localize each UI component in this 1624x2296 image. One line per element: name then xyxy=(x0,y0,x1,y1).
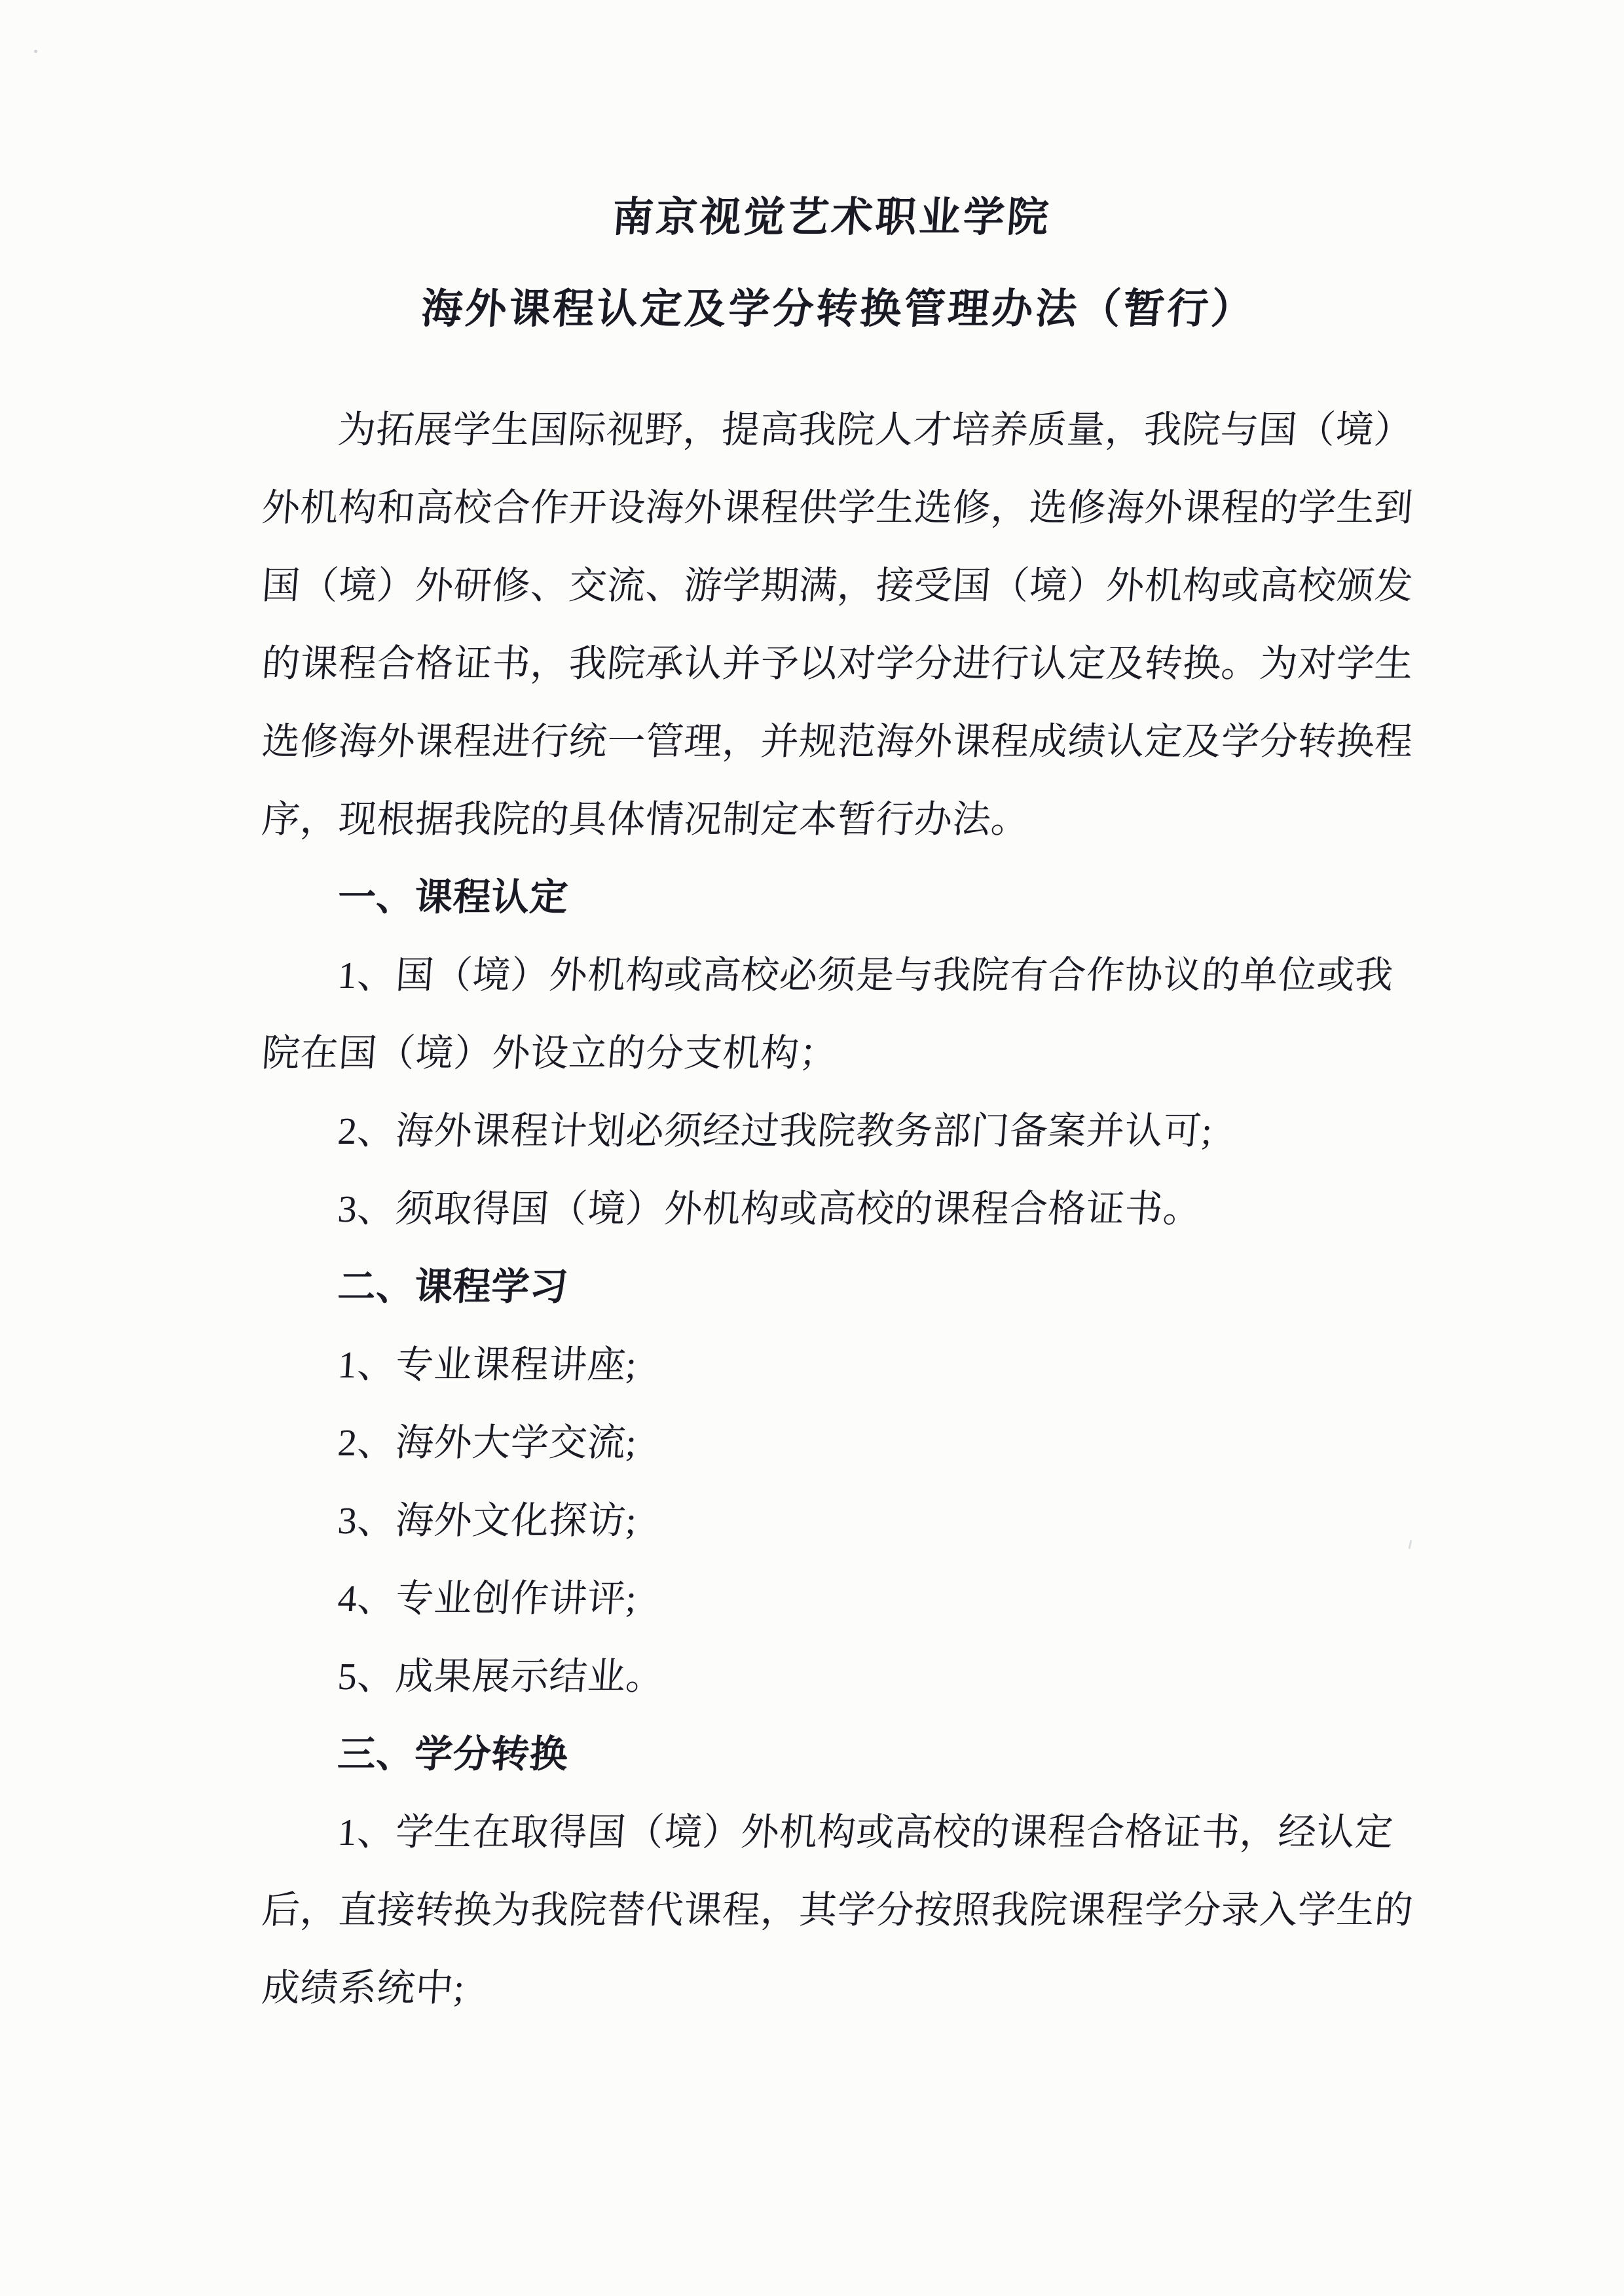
document-body: 为拓展学生国际视野，提高我院人才培养质量，我院与国（境）外机构和高校合作开设海外… xyxy=(262,391,1414,2027)
body-line: 1、专业课程讲座; xyxy=(259,1326,1417,1404)
body-line: 为拓展学生国际视野，提高我院人才培养质量，我院与国（境） xyxy=(259,391,1417,469)
body-line: 1、学生在取得国（境）外机构或高校的课程合格证书，经认定 xyxy=(259,1793,1417,1871)
section-heading: 二、课程学习 xyxy=(259,1248,1417,1326)
body-line: 成绩系统中; xyxy=(259,1949,1417,2027)
body-line: 院在国（境）外设立的分支机构； xyxy=(259,1014,1417,1092)
body-line: 序，现根据我院的具体情况制定本暂行办法。 xyxy=(259,780,1417,858)
body-line: 外机构和高校合作开设海外课程供学生选修，选修海外课程的学生到 xyxy=(259,469,1417,547)
document-subtitle: 海外课程认定及学分转换管理办法（暂行） xyxy=(260,283,1416,335)
body-line: 1、国（境）外机构或高校必须是与我院有合作协议的单位或我 xyxy=(259,936,1417,1014)
body-line: 的课程合格证书，我院承认并予以对学分进行认定及转换。为对学生 xyxy=(259,625,1417,702)
body-line: 国（境）外研修、交流、游学期满，接受国（境）外机构或高校颁发 xyxy=(259,547,1417,625)
document-page: 南京视觉艺术职业学院 海外课程认定及学分转换管理办法（暂行） 为拓展学生国际视野… xyxy=(0,0,1624,2296)
body-line: 5、成果展示结业。 xyxy=(259,1637,1417,1715)
body-line: 3、海外文化探访; xyxy=(259,1482,1417,1559)
body-line: 3、须取得国（境）外机构或高校的课程合格证书。 xyxy=(259,1170,1417,1248)
body-line: 4、专业创作讲评; xyxy=(259,1559,1417,1637)
document-title: 南京视觉艺术职业学院 xyxy=(253,0,1423,244)
section-heading: 一、课程认定 xyxy=(259,858,1417,936)
body-line: 选修海外课程进行统一管理，并规范海外课程成绩认定及学分转换程 xyxy=(259,702,1417,780)
body-line: 2、海外课程计划必须经过我院教务部门备案并认可; xyxy=(259,1092,1417,1170)
body-line: 后，直接转换为我院替代课程，其学分按照我院课程学分录入学生的 xyxy=(259,1871,1417,1949)
body-line: 2、海外大学交流; xyxy=(259,1404,1417,1482)
document-content: 南京视觉艺术职业学院 海外课程认定及学分转换管理办法（暂行） 为拓展学生国际视野… xyxy=(262,0,1414,2027)
section-heading: 三、学分转换 xyxy=(259,1715,1417,1793)
